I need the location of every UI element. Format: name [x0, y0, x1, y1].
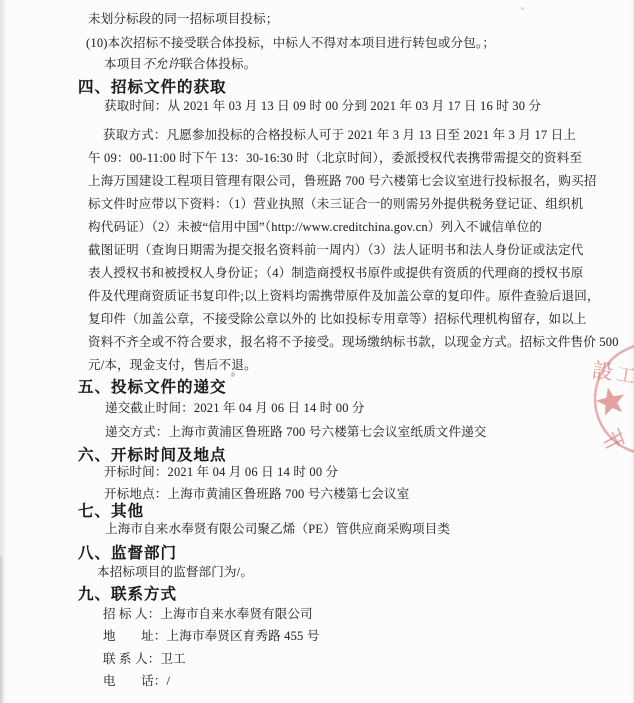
no-consortium-italic: 不允许 — [142, 57, 180, 71]
section-6-heading: 六、开标时间及地点 — [78, 443, 227, 465]
contact-value: / — [167, 674, 171, 688]
no-consortium-prefix: 本项目 — [104, 57, 142, 71]
paragraph-line: 获取方式：凡愿参加投标的合格投标人可于 2021 年 3 月 13 日至 202… — [88, 124, 558, 147]
paragraph-line: 标文件时应带以下资料：（1）营业执照（未三证合一的则需另外提供税务登记证、组织机 — [88, 193, 558, 216]
intro-line-2: (10)本次招标不接受联合体投标，中标人不得对本项目进行转包或分包。； — [86, 35, 495, 52]
red-seal-stamp: 設 工 — [588, 340, 634, 465]
stamp-star-icon — [594, 384, 628, 416]
contact-value: 卫工 — [160, 652, 185, 666]
contact-value: 上海市自来水奉贤有限公司 — [160, 607, 312, 621]
section-8-heading: 八、监督部门 — [78, 541, 177, 563]
section-4-obtain-time: 获取时间：从 2021 年 03 月 13 日 09 时 00 分到 2021 … — [104, 98, 541, 115]
paragraph-line: 复印件（加盖公章，不接受除公章以外的 比如投标专用章等）招标代理机构留存，如以上 — [88, 308, 558, 331]
paragraph-line: 资料不齐全或不符合要求，报名将不予接受。现场缴纳标书款，以现金方式。招标文件售价… — [88, 331, 558, 354]
section-9-heading: 九、联系方式 — [78, 582, 177, 604]
page-left-edge-shading-bottom — [0, 556, 4, 703]
paragraph-line: 截图证明（查询日期需为提交报名资料前一周内）（3）法人证明书和法人身份证或法定代 — [88, 239, 558, 262]
contact-row-person: 联 系 人：卫工 — [103, 651, 186, 668]
contact-row-phone: 电 话：/ — [103, 673, 170, 690]
paragraph-line: 件及代理商资质证书复印件;以上资料均需携带原件及加盖公章的复印件。原件查验后退回… — [88, 285, 558, 308]
section-5-heading: 五、投标文件的递交 — [78, 375, 227, 397]
stamp-character-partial: 工 — [614, 364, 634, 388]
paragraph-line: 午 09：00-11:00 时下午 13：30-16:30 时（北京时间），委派… — [88, 147, 558, 170]
contact-value: 上海市奉贤区育秀路 455 号 — [167, 629, 320, 643]
paragraph-line: 构代码证）（2）未被“信用中国”（http://www.creditchina.… — [88, 216, 558, 239]
section-5-deadline: 递交截止时间：2021 年 04 月 06 日 14 时 00 分 — [105, 400, 365, 417]
scanned-tender-document-page: 未划分标段的同一招标项目投标； (10)本次招标不接受联合体投标，中标人不得对本… — [0, 0, 634, 703]
contact-row-bidder: 招 标 人：上海市自来水奉贤有限公司 — [103, 606, 313, 623]
scan-speck — [521, 7, 524, 10]
contact-row-address: 地 址：上海市奉贤区育秀路 455 号 — [103, 628, 320, 645]
section-6-open-place: 开标地点：上海市黄浦区鲁班路 700 号六楼第七会议室 — [104, 486, 409, 503]
paragraph-line: 元/本，现金支付，售后不退。 — [88, 354, 558, 377]
section-6-open-time: 开标时间：2021 年 04 月 06 日 14 时 00 分 — [104, 464, 338, 481]
no-consortium-line: 本项目不允许联合体投标。 — [104, 56, 256, 73]
contact-label: 地 址： — [103, 628, 167, 645]
section-7-content: 上海市自来水奉贤有限公司聚乙烯（PE）管供应商采购项目类 — [105, 521, 450, 538]
stamp-character: 設 — [591, 358, 615, 385]
section-4-obtain-method-paragraph: 获取方式：凡愿参加投标的合格投标人可于 2021 年 3 月 13 日至 202… — [88, 124, 558, 377]
section-5-method: 递交方式：上海市黄浦区鲁班路 700 号六楼第七会议室纸质文件递交 — [105, 424, 487, 441]
contact-label: 招 标 人： — [103, 606, 160, 623]
contact-label: 联 系 人： — [103, 651, 160, 668]
paragraph-line: 上海万国建设工程项目管理有限公司，鲁班路 700 号六楼第七会议室进行投标报名，… — [88, 170, 558, 193]
section-4-heading: 四、招标文件的获取 — [78, 75, 227, 97]
contact-label: 电 话： — [103, 673, 167, 690]
no-consortium-suffix: 联合体投标。 — [180, 57, 256, 71]
intro-line-1: 未划分标段的同一招标项目投标； — [88, 11, 279, 28]
section-7-heading: 七、其他 — [78, 499, 144, 521]
paragraph-line: 表人授权书和被授权人身份证；（4）制造商授权书原件或提供有资质的代理商的授权书原 — [88, 262, 558, 285]
section-8-content: 本招标项目的监督部门为/。 — [97, 564, 253, 581]
